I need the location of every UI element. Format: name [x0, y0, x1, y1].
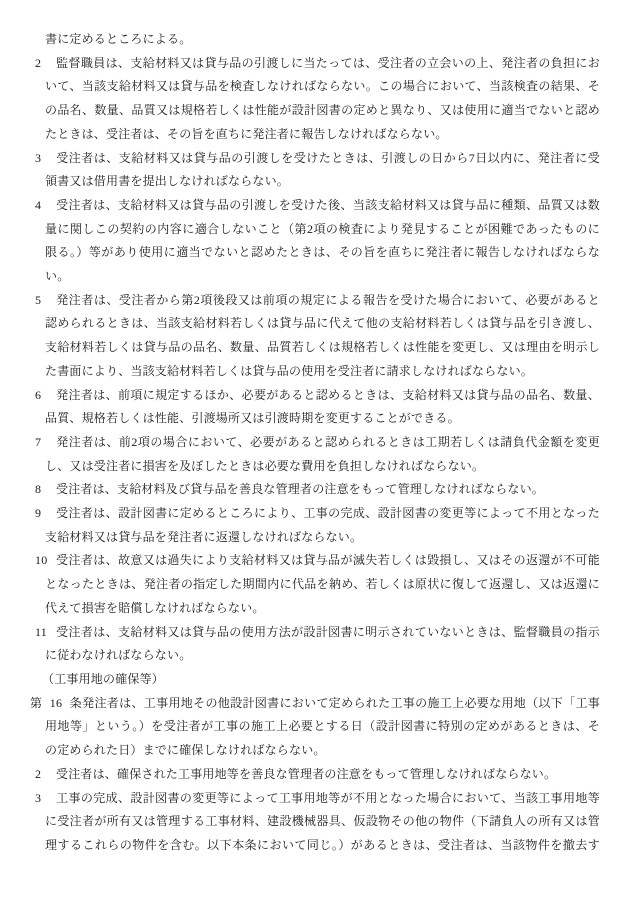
clause-text: 品質、規格若しくは性能、引渡場所又は引渡時期を変更することができる。	[45, 411, 460, 425]
item-number: 9	[35, 502, 56, 526]
contract-text-body: 書に定めるところによる。2監督職員は、支給材料又は貸与品の引渡しに当たっては、受…	[0, 28, 630, 858]
clause-text: の品名、数量、品質又は規格若しくは性能が設計図書の定めと異なり、又は使用に適当で…	[45, 103, 600, 117]
item-clause-line: 4受注者は、支給材料又は貸与品の引渡しを受けた後、当該支給材料又は貸与品に種類、…	[35, 194, 600, 218]
contract-page: 書に定めるところによる。2監督職員は、支給材料又は貸与品の引渡しに当たっては、受…	[0, 0, 630, 903]
clause-text: し、又は受注者に損害を及ぼしたときは必要な費用を負担しなければならない。	[45, 459, 484, 473]
clause-text: 認められるときは、当該支給材料若しくは貸与品に代えて他の支給材料若しくは貸与品を…	[45, 316, 600, 330]
clause-continuation-line: 理するこれらの物件を含む。以下本条において同じ。）があるときは、受注者は、当該物…	[45, 834, 600, 858]
article-clause-line: 第16条発注者は、工事用地その他設計図書において定められた工事の施工上必要な用地…	[30, 692, 600, 716]
clause-continuation-line: 認められるときは、当該支給材料若しくは貸与品に代えて他の支給材料若しくは貸与品を…	[45, 312, 600, 336]
item-clause-line: 2受注者は、確保された工事用地等を善良な管理者の注意をもって管理しなければならな…	[35, 763, 600, 787]
clause-text: 支給材料又は貸与品を発注者に返還しなければならない。	[45, 530, 362, 544]
clause-text: い。	[45, 269, 69, 283]
clause-text: 受注者は、確保された工事用地等を善良な管理者の注意をもって管理しなければならない…	[56, 767, 556, 781]
clause-text: 受注者は、支給材料又は貸与品の引渡しを受けた後、当該支給材料又は貸与品に種類、品…	[56, 198, 600, 212]
clause-text: 発注者は、前2項の場合において、必要があると認められるときは工期若しくは請負代金…	[56, 435, 600, 449]
clause-text: 発注者は、工事用地その他設計図書において定められた工事の施工上必要な用地（以下「…	[82, 696, 600, 710]
clause-text: 工事の完成、設計図書の変更等によって工事用地等が不用となった場合において、当該工…	[56, 791, 600, 805]
clause-continuation-line: に従わなければならない。	[45, 644, 600, 668]
item-clause-line: 10受注者は、故意又は過失により支給材料又は貸与品が滅失若しくは毀損し、又はその…	[35, 549, 600, 573]
clause-text: 限る。）等があり使用に適当でないと認めたときは、その旨を直ちに発注者に報告しなけ…	[45, 245, 600, 259]
item-clause-line: 9受注者は、設計図書に定めるところにより、工事の完成、設計図書の変更等によって不…	[35, 502, 600, 526]
clause-text: 受注者は、支給材料又は貸与品の引渡しを受けたときは、引渡しの日から7日以内に、発…	[56, 151, 600, 165]
item-clause-line: 7発注者は、前2項の場合において、必要があると認められるときは工期若しくは請負代…	[35, 431, 600, 455]
item-number: 2	[35, 52, 56, 76]
clause-continuation-line: となったときは、発注者の指定した期間内に代品を納め、若しくは原状に復して返還し、…	[45, 573, 600, 597]
clause-text: 受注者は、故意又は過失により支給材料又は貸与品が滅失若しくは毀損し、又はその返還…	[56, 553, 600, 567]
section-caption: （工事用地の確保等）	[42, 668, 600, 692]
clause-text: 書に定めるところによる。	[45, 32, 191, 46]
clause-continuation-line: し、又は受注者に損害を及ぼしたときは必要な費用を負担しなければならない。	[45, 455, 600, 479]
clause-continuation-line: たときは、受注者は、その旨を直ちに発注者に報告しなければならない。	[45, 123, 600, 147]
item-number: 5	[35, 289, 56, 313]
item-number: 6	[35, 384, 56, 408]
item-clause-line: 3受注者は、支給材料又は貸与品の引渡しを受けたときは、引渡しの日から7日以内に、…	[35, 147, 600, 171]
clause-continuation-line: 用地等」という。）を受注者が工事の施工上必要とする日（設計図書に特別の定めがある…	[45, 715, 600, 739]
item-number: 10	[35, 549, 56, 573]
article-number: 第16条	[30, 692, 82, 716]
clause-text: の定められた日）までに確保しなければならない。	[45, 743, 326, 757]
item-number: 3	[35, 787, 56, 811]
item-number: 7	[35, 431, 56, 455]
item-clause-line: 6発注者は、前項に規定するほか、必要があると認めるときは、支給材料又は貸与品の品…	[35, 384, 600, 408]
clause-continuation-line: の品名、数量、品質又は規格若しくは性能が設計図書の定めと異なり、又は使用に適当で…	[45, 99, 600, 123]
clause-text: 発注者は、前項に規定するほか、必要があると認めるときは、支給材料又は貸与品の品名…	[56, 388, 600, 402]
clause-continuation-line: 支給材料又は貸与品を発注者に返還しなければならない。	[45, 526, 600, 550]
item-clause-line: 3工事の完成、設計図書の変更等によって工事用地等が不用となった場合において、当該…	[35, 787, 600, 811]
clause-continuation-line: 支給材料若しくは貸与品の品名、数量、品質若しくは規格若しくは性能を変更し、又は理…	[45, 336, 600, 360]
item-clause-line: 8受注者は、支給材料及び貸与品を善良な管理者の注意をもって管理しなければならない…	[35, 478, 600, 502]
clause-text: 発注者は、受注者から第2項後段又は前項の規定による報告を受けた場合において、必要…	[56, 293, 600, 307]
clause-continuation-line: 品質、規格若しくは性能、引渡場所又は引渡時期を変更することができる。	[45, 407, 600, 431]
item-number: 2	[35, 763, 56, 787]
clause-continuation-line: 代えて損害を賠償しなければならない。	[45, 597, 600, 621]
clause-text: 監督職員は、支給材料又は貸与品の引渡しに当たっては、受注者の立会いの上、発注者の…	[56, 56, 600, 70]
clause-text: 支給材料若しくは貸与品の品名、数量、品質若しくは規格若しくは性能を変更し、又は理…	[45, 340, 600, 354]
item-number: 11	[35, 621, 56, 645]
item-clause-line: 11受注者は、支給材料又は貸与品の使用方法が設計図書に明示されていないときは、監…	[35, 621, 600, 645]
clause-text: たときは、受注者は、その旨を直ちに発注者に報告しなければならない。	[45, 127, 448, 141]
item-clause-line: 5発注者は、受注者から第2項後段又は前項の規定による報告を受けた場合において、必…	[35, 289, 600, 313]
clause-continuation-line: 書に定めるところによる。	[45, 28, 600, 52]
clause-continuation-line: い。	[45, 265, 600, 289]
clause-text: いて、当該支給材料又は貸与品を検査しなければならない。この場合において、当該検査…	[45, 79, 600, 93]
clause-text: た書面により、当該支給材料若しくは貸与品の使用を受注者に請求しなければならない。	[45, 364, 533, 378]
clause-text: 受注者は、設計図書に定めるところにより、工事の完成、設計図書の変更等によって不用…	[56, 506, 600, 520]
clause-text: 受注者は、支給材料又は貸与品の使用方法が設計図書に明示されていないときは、監督職…	[56, 625, 600, 639]
clause-continuation-line: た書面により、当該支給材料若しくは貸与品の使用を受注者に請求しなければならない。	[45, 360, 600, 384]
clause-continuation-line: に受注者が所有又は管理する工事材料、建設機械器具、仮設物その他の物件（下請負人の…	[45, 810, 600, 834]
clause-text: 領書又は借用書を提出しなければならない。	[45, 174, 289, 188]
item-clause-line: 2監督職員は、支給材料又は貸与品の引渡しに当たっては、受注者の立会いの上、発注者…	[35, 52, 600, 76]
item-number: 4	[35, 194, 56, 218]
clause-text: 代えて損害を賠償しなければならない。	[45, 601, 265, 615]
item-number: 3	[35, 147, 56, 171]
clause-continuation-line: の定められた日）までに確保しなければならない。	[45, 739, 600, 763]
clause-text: 受注者は、支給材料及び貸与品を善良な管理者の注意をもって管理しなければならない。	[56, 482, 544, 496]
clause-text: 理するこれらの物件を含む。以下本条において同じ。）があるときは、受注者は、当該物…	[45, 838, 600, 852]
clause-text: となったときは、発注者の指定した期間内に代品を納め、若しくは原状に復して返還し、…	[45, 577, 600, 591]
clause-continuation-line: 領書又は借用書を提出しなければならない。	[45, 170, 600, 194]
document-page: { "page": { "background": "#ffffff", "te…	[0, 0, 630, 903]
clause-text: 量に関しこの契約の内容に適合しないこと（第2項の検査により発見することが困難であ…	[45, 222, 600, 236]
clause-continuation-line: 量に関しこの契約の内容に適合しないこと（第2項の検査により発見することが困難であ…	[45, 218, 600, 242]
clause-continuation-line: いて、当該支給材料又は貸与品を検査しなければならない。この場合において、当該検査…	[45, 75, 600, 99]
clause-text: に受注者が所有又は管理する工事材料、建設機械器具、仮設物その他の物件（下請負人の…	[45, 814, 600, 828]
clause-text: に従わなければならない。	[45, 648, 191, 662]
section-caption-text: （工事用地の確保等）	[42, 672, 164, 686]
clause-text: 用地等」という。）を受注者が工事の施工上必要とする日（設計図書に特別の定めがある…	[45, 719, 600, 733]
clause-continuation-line: 限る。）等があり使用に適当でないと認めたときは、その旨を直ちに発注者に報告しなけ…	[45, 241, 600, 265]
item-number: 8	[35, 478, 56, 502]
